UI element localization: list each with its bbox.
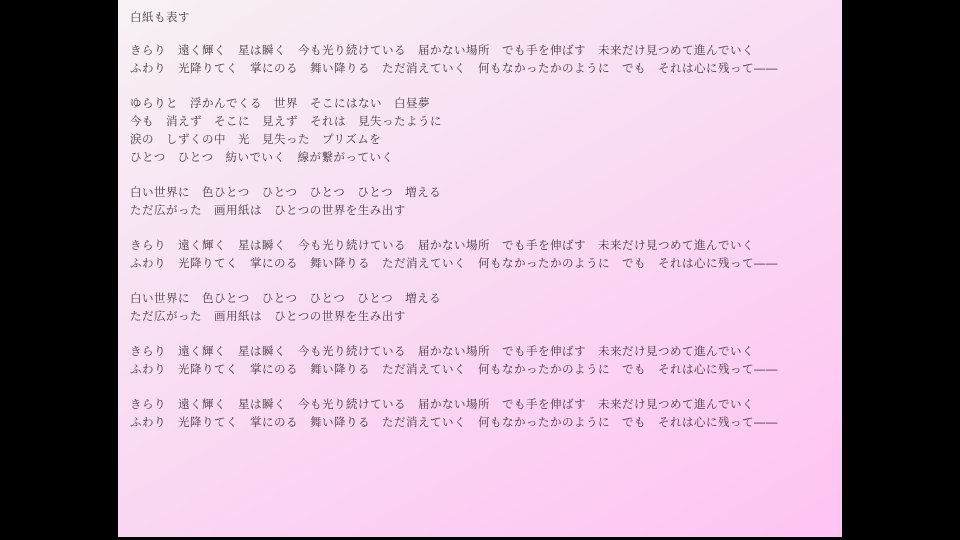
- lyric-line: きらり 遠く輝く 星は瞬く 今も光り続けている 届かない場所 でも手を伸ばす 未…: [130, 396, 834, 414]
- lyric-line: ただ広がった 画用紙は ひとつの世界を生み出す: [130, 202, 834, 220]
- lyric-stanza: きらり 遠く輝く 星は瞬く 今も光り続けている 届かない場所 でも手を伸ばす 未…: [130, 396, 834, 432]
- lyric-stanza: 白い世界に 色ひとつ ひとつ ひとつ ひとつ 増えるただ広がった 画用紙は ひと…: [130, 184, 834, 220]
- lyric-line: ただ広がった 画用紙は ひとつの世界を生み出す: [130, 308, 834, 326]
- right-letterbox-bar: [842, 0, 960, 540]
- lyrics-title-line: 白紙も表す: [130, 9, 834, 27]
- lyric-line: きらり 遠く輝く 星は瞬く 今も光り続けている 届かない場所 でも手を伸ばす 未…: [130, 237, 834, 255]
- lyric-line: ふわり 光降りてく 掌にのる 舞い降りる ただ消えていく 何もなかったかのように…: [130, 361, 834, 379]
- lyric-line: ゆらりと 浮かんでくる 世界 そこにはない 白昼夢: [130, 95, 834, 113]
- lyric-stanza: きらり 遠く輝く 星は瞬く 今も光り続けている 届かない場所 でも手を伸ばす 未…: [130, 42, 834, 78]
- lyric-line: きらり 遠く輝く 星は瞬く 今も光り続けている 届かない場所 でも手を伸ばす 未…: [130, 343, 834, 361]
- lyrics-panel: 白紙も表す きらり 遠く輝く 星は瞬く 今も光り続けている 届かない場所 でも手…: [118, 0, 842, 537]
- lyric-line: ひとつ ひとつ 紡いでいく 線が繋がっていく: [130, 149, 834, 167]
- lyric-line: ふわり 光降りてく 掌にのる 舞い降りる ただ消えていく 何もなかったかのように…: [130, 60, 834, 78]
- lyric-line: 白い世界に 色ひとつ ひとつ ひとつ ひとつ 増える: [130, 184, 834, 202]
- lyric-stanza: ゆらりと 浮かんでくる 世界 そこにはない 白昼夢今も 消えず そこに 見えず …: [130, 95, 834, 167]
- lyric-line: 白い世界に 色ひとつ ひとつ ひとつ ひとつ 増える: [130, 290, 834, 308]
- lyric-line: ふわり 光降りてく 掌にのる 舞い降りる ただ消えていく 何もなかったかのように…: [130, 414, 834, 432]
- stanza-container: きらり 遠く輝く 星は瞬く 今も光り続けている 届かない場所 でも手を伸ばす 未…: [130, 42, 834, 432]
- lyrics-body: 白紙も表す きらり 遠く輝く 星は瞬く 今も光り続けている 届かない場所 でも手…: [130, 9, 834, 449]
- lyric-line: 今も 消えず そこに 見えず それは 見失ったように: [130, 113, 834, 131]
- lyric-stanza: 白い世界に 色ひとつ ひとつ ひとつ ひとつ 増えるただ広がった 画用紙は ひと…: [130, 290, 834, 326]
- lyric-stanza: きらり 遠く輝く 星は瞬く 今も光り続けている 届かない場所 でも手を伸ばす 未…: [130, 237, 834, 273]
- lyric-line: きらり 遠く輝く 星は瞬く 今も光り続けている 届かない場所 でも手を伸ばす 未…: [130, 42, 834, 60]
- left-letterbox-bar: [0, 0, 118, 540]
- lyric-line: 涙の しずくの中 光 見失った プリズムを: [130, 131, 834, 149]
- lyric-stanza: きらり 遠く輝く 星は瞬く 今も光り続けている 届かない場所 でも手を伸ばす 未…: [130, 343, 834, 379]
- lyric-line: ふわり 光降りてく 掌にのる 舞い降りる ただ消えていく 何もなかったかのように…: [130, 255, 834, 273]
- video-frame: 白紙も表す きらり 遠く輝く 星は瞬く 今も光り続けている 届かない場所 でも手…: [0, 0, 960, 540]
